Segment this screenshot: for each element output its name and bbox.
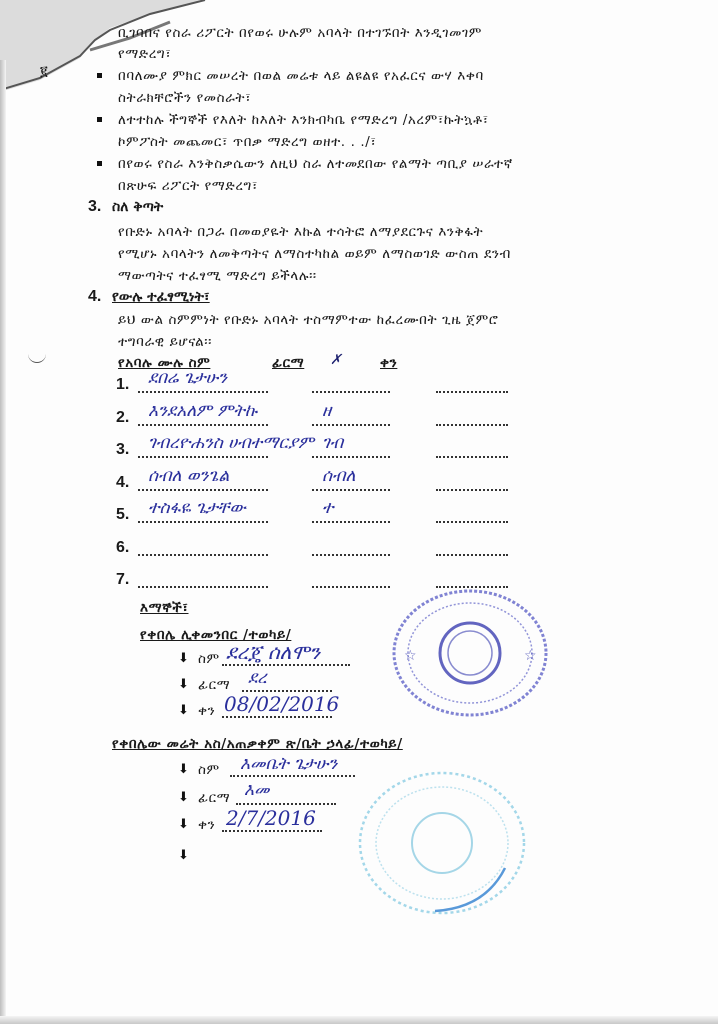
receiver-2-name-value: እመቤት ጌታሁን: [240, 754, 337, 774]
receiver-2-date-value: 2/7/2016: [226, 806, 316, 830]
row-number: 4.: [116, 474, 129, 492]
receiver-2-name-line: [230, 775, 355, 777]
bullet-2-line-2: ኮምፖስት መጨመር፣ ጥበቃ ማድረግ ወዘተ. . ./፣: [118, 131, 377, 153]
continuation-line-1: ቢገባበና የስራ ሪፖርት በየወሩ ሁሉም አባላት በተገኙበት እንዲገ…: [118, 22, 482, 44]
member-signature-handwritten: ተ: [322, 498, 333, 518]
arrow-bullet-icon: ⬇: [178, 677, 189, 692]
kebele-seal-stamp: ☆ ☆: [390, 588, 550, 718]
section-3-line-1: የቡድኑ አባላት በጋራ በመወያዬት እኩል ተሳትፎ ለማያደርጉና እን…: [118, 221, 483, 243]
date-line: [436, 554, 508, 556]
receiver-2-title: የቀበሌው መሬት አስ/አጠቃቀም ጽ/ቤት ኃላፊ/ተወካይ/: [112, 733, 403, 755]
member-name-handwritten: ሰብለ ወንጌል: [148, 466, 229, 486]
svg-text:☆: ☆: [524, 648, 537, 664]
member-name-handwritten: እንደአለም ምትኩ: [148, 401, 257, 421]
member-name-handwritten: ደበሬ ጌታሁን: [148, 368, 227, 388]
receiver-2-signature-line: [236, 803, 336, 805]
section-3-line-2: የሚሆኑ አባላትን ለመቅጣትና ለማስተካከል ወይም ለማስወገድ ውስጠ…: [118, 243, 511, 265]
section-4-line-1: ይህ ውል ስምምነት የቡድኑ አባላት ተስማምተው ከፈረሙበት ጊዜ ጀ…: [118, 309, 498, 331]
svg-text:☆: ☆: [404, 648, 417, 664]
punch-hole-mark: [28, 350, 46, 363]
bullet-marker: [97, 73, 102, 78]
receiver-1-name-line: [222, 664, 350, 666]
name-line: [138, 489, 268, 491]
date-line: [436, 456, 508, 458]
row-number: 6.: [116, 539, 129, 557]
scanned-document-page: ፪ ቢገባበና የስራ ሪፖርት በየወሩ ሁሉም አባላት በተገኙበት እን…: [0, 0, 718, 1024]
row-number: 1.: [116, 376, 129, 394]
signature-line: [312, 489, 390, 491]
header-date: ቀን: [380, 352, 397, 374]
name-line: [138, 554, 268, 556]
name-line: [138, 391, 268, 393]
row-number: 7.: [116, 571, 129, 589]
receiver-1-name-value: ደረጄ ሰለሞን: [226, 640, 320, 664]
arrow-bullet-icon: ⬇: [178, 762, 189, 777]
signature-line: [312, 456, 390, 458]
row-number: 2.: [116, 409, 129, 427]
receiver-2-date-label: ቀን: [198, 814, 215, 836]
bullet-3-line-2: በጽሁፍ ሪፖርት የማድረግ፣: [118, 175, 258, 197]
name-line: [138, 456, 268, 458]
section-3-number: 3.: [88, 198, 101, 216]
member-signature-handwritten: ዘ: [322, 401, 331, 421]
arrow-bullet-icon: ⬇: [178, 817, 189, 832]
receiver-1-date-value: 08/02/2016: [224, 692, 339, 716]
section-3-title: ስለ ቅጣት: [112, 199, 163, 215]
margin-page-mark: ፪: [40, 64, 48, 80]
member-name-handwritten: ገብረዮሐንስ ሀብተማርያም: [148, 433, 314, 453]
section-3-line-3: ማውጣትና ተፈፃሚ ማድረግ ይችላሉ፡፡: [118, 265, 317, 287]
date-line: [436, 489, 508, 491]
land-office-seal-stamp: [355, 768, 530, 918]
member-signature-handwritten: ሰብለ: [322, 466, 355, 486]
header-signature: ፊርማ: [272, 352, 304, 374]
signature-line: [312, 586, 390, 588]
signature-line: [312, 521, 390, 523]
arrow-bullet-icon: ⬇: [178, 651, 189, 666]
bullet-1-line-1: በባለሙያ ምክር መሠረት በወል መሬቱ ላይ ልዩልዩ የአፈርና ውሃ …: [118, 65, 484, 87]
signature-line: [312, 391, 390, 393]
date-line: [436, 391, 508, 393]
name-line: [138, 586, 268, 588]
receiver-1-signature-value: ደረ: [248, 668, 267, 688]
row-number: 5.: [116, 506, 129, 524]
bullet-3-line-1: በየወሩ የስራ እንቅስቃሴውን ለዚህ ስራ ለተመደበው የልማት ጣቢያ…: [118, 153, 513, 175]
date-line: [436, 424, 508, 426]
witnesses-label: እማኞች፣: [140, 597, 189, 619]
bullet-2-line-1: ለተተከሉ ችግኞች የእለት ከእለት እንክብካቤ የማድረግ /አረም፣ኩ…: [118, 109, 489, 131]
bullet-1-line-2: ስትራክቸሮችን የመስራት፣: [118, 87, 251, 109]
bullet-marker: [97, 161, 102, 166]
section-4-title: የውሉ ተፈፃሚነት፣: [112, 289, 210, 305]
receiver-1-date-label: ቀን: [198, 700, 215, 722]
section-4-line-2: ተግባራዊ ይሆናል፡፡: [118, 331, 212, 353]
receiver-2-signature-value: እመ: [244, 780, 269, 800]
row-number: 3.: [116, 441, 129, 459]
signature-line: [312, 554, 390, 556]
member-name-handwritten: ተስፋዬ ጌታቸው: [148, 498, 246, 518]
receiver-2-name-label: ስም: [198, 759, 220, 781]
page-left-edge: [0, 60, 6, 1024]
arrow-bullet-icon: ⬇: [178, 848, 189, 863]
section-4-number: 4.: [88, 288, 101, 306]
continuation-line-2: የማድረግ፣: [118, 43, 171, 65]
receiver-2-date-line: [222, 830, 322, 832]
header-scribble: ✗: [330, 352, 342, 368]
member-signature-handwritten: ገብ: [322, 433, 343, 453]
page-bottom-edge: [0, 1016, 718, 1024]
receiver-1-name-label: ስም: [198, 648, 220, 670]
bullet-marker: [97, 117, 102, 122]
signature-line: [312, 424, 390, 426]
date-line: [436, 521, 508, 523]
arrow-bullet-icon: ⬇: [178, 703, 189, 718]
name-line: [138, 521, 268, 523]
arrow-bullet-icon: ⬇: [178, 790, 189, 805]
name-line: [138, 424, 268, 426]
receiver-1-date-line: [222, 716, 332, 718]
